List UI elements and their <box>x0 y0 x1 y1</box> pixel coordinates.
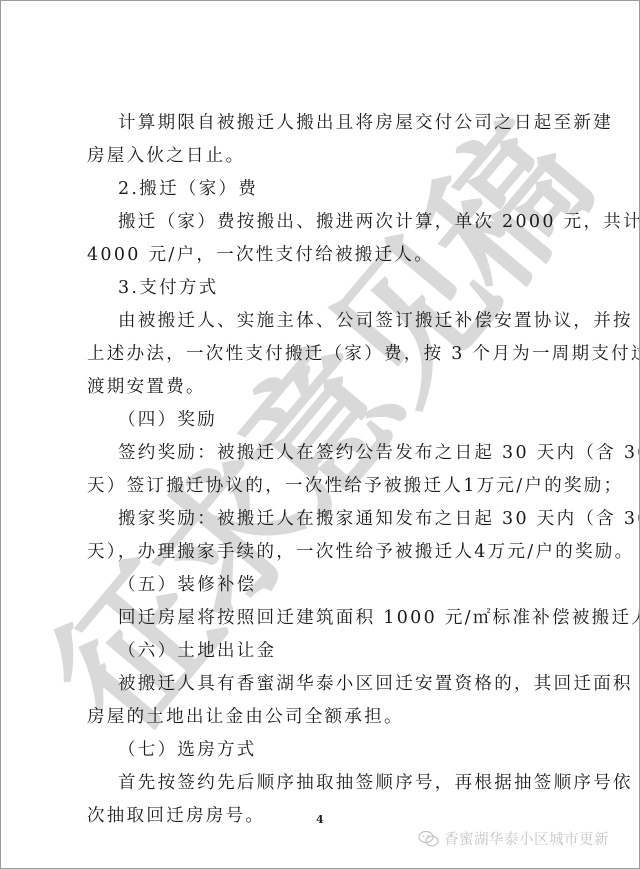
source-tag: 香蜜湖华泰小区城市更新 <box>418 828 609 849</box>
text-line: 被搬迁人具有香蜜湖华泰小区回迁安置资格的，其回迁面积 <box>118 674 633 694</box>
text-line: （六）土地出让金 <box>118 641 276 661</box>
text-line: （四）奖励 <box>118 410 217 430</box>
document-body: 计算期限自被搬迁人搬出且将房屋交付公司之日起至新建房屋入伙之日止。2.搬迁（家）… <box>1 1 640 869</box>
wechat-icon <box>418 830 440 848</box>
text-line: 天）签订搬迁协议的，一次性给予被搬迁人1万元/户的奖励； <box>87 476 623 496</box>
text-line: 搬家奖励：被搬迁人在搬家通知发布之日起 30 天内（含 30 <box>118 509 640 529</box>
text-line: 3.支付方式 <box>118 278 219 298</box>
text-line: 签约奖励：被搬迁人在签约公告发布之日起 30 天内（含 30 <box>118 443 640 463</box>
text-line: 次抽取回迁房房号。 <box>87 806 265 826</box>
text-line: 渡期安置费。 <box>87 377 206 397</box>
text-line: 上述办法，一次性支付搬迁（家）费，按 3 个月为一周期支付过 <box>87 344 640 364</box>
text-line: 回迁房屋将按照回迁建筑面积 1000 元/㎡标准补偿被搬迁人。 <box>118 608 640 628</box>
text-line: （五）装修补偿 <box>118 575 257 595</box>
text-line: 天），办理搬家手续的，一次性给予被搬迁人4万元/户的奖励。 <box>87 542 634 562</box>
document-page: 征求意见稿 计算期限自被搬迁人搬出且将房屋交付公司之日起至新建房屋入伙之日止。2… <box>0 0 640 869</box>
text-line: 4000 元/户，一次性支付给被搬迁人。 <box>87 245 434 265</box>
text-line: （七）选房方式 <box>118 740 257 760</box>
text-line: 搬迁（家）费按搬出、搬进两次计算，单次 2000 元，共计 <box>118 212 640 232</box>
text-line: 计算期限自被搬迁人搬出且将房屋交付公司之日起至新建 <box>118 113 613 133</box>
text-line: 由被搬迁人、实施主体、公司签订搬迁补偿安置协议，并按 <box>118 311 633 331</box>
text-line: 2.搬迁（家）费 <box>118 179 258 199</box>
text-line: 房屋的土地出让金由公司全额承担。 <box>87 707 404 727</box>
text-line: 房屋入伙之日止。 <box>87 146 245 166</box>
text-line: 首先按签约先后顺序抽取抽签顺序号，再根据抽签顺序号依 <box>118 773 633 793</box>
source-tag-label: 香蜜湖华泰小区城市更新 <box>444 828 609 849</box>
